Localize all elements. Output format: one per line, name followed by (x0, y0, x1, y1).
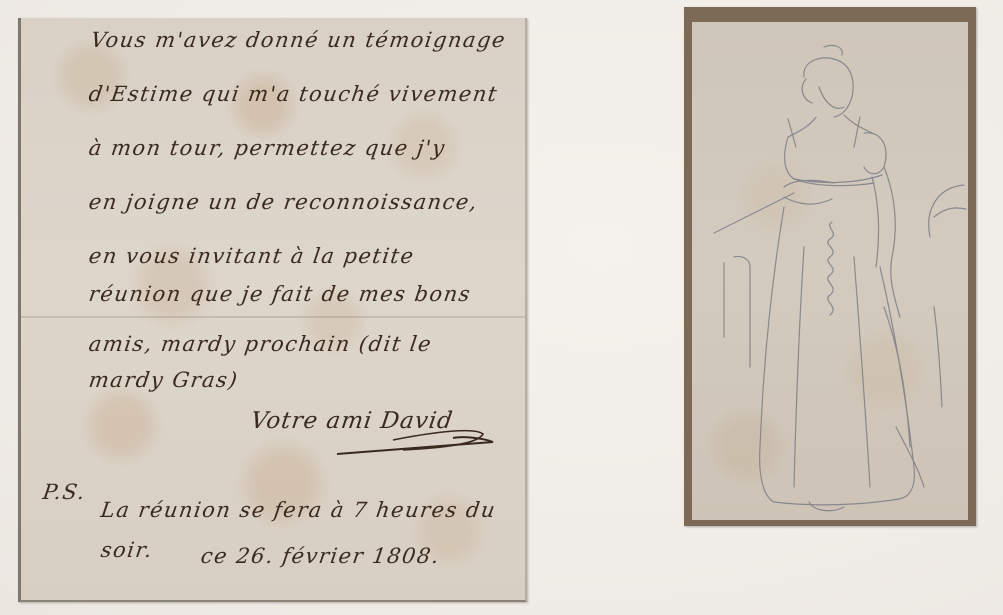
letter-line: en vous invitant à la petite (87, 244, 416, 268)
pencil-sketch-frame (684, 7, 976, 526)
postscript-line: La réunion se fera à 7 heures du (99, 498, 498, 522)
letter-line: Vous m'avez donné un témoignage (89, 28, 507, 52)
letter-line: à mon tour, permettez que j'y (87, 136, 447, 160)
letter-date: ce 26. février 1808. (199, 544, 441, 568)
postscript-line: soir. (99, 538, 154, 562)
letter-line: réunion que je fait de mes bons (87, 282, 472, 306)
letter-line: en joigne un de reconnoissance, (87, 190, 479, 214)
letter-line: amis, mardy prochain (dit le (87, 332, 434, 356)
handwritten-letter: Vous m'avez donné un témoignage d'Estime… (18, 18, 527, 602)
letter-line: d'Estime qui m'a touché vivement (87, 82, 499, 106)
postscript-label: P.S. (41, 480, 87, 504)
woman-figure-drawing-icon (684, 7, 976, 526)
letter-fold-crease (21, 316, 525, 318)
letter-line: mardy Gras) (87, 368, 240, 392)
signature-flourish-icon (333, 420, 501, 460)
